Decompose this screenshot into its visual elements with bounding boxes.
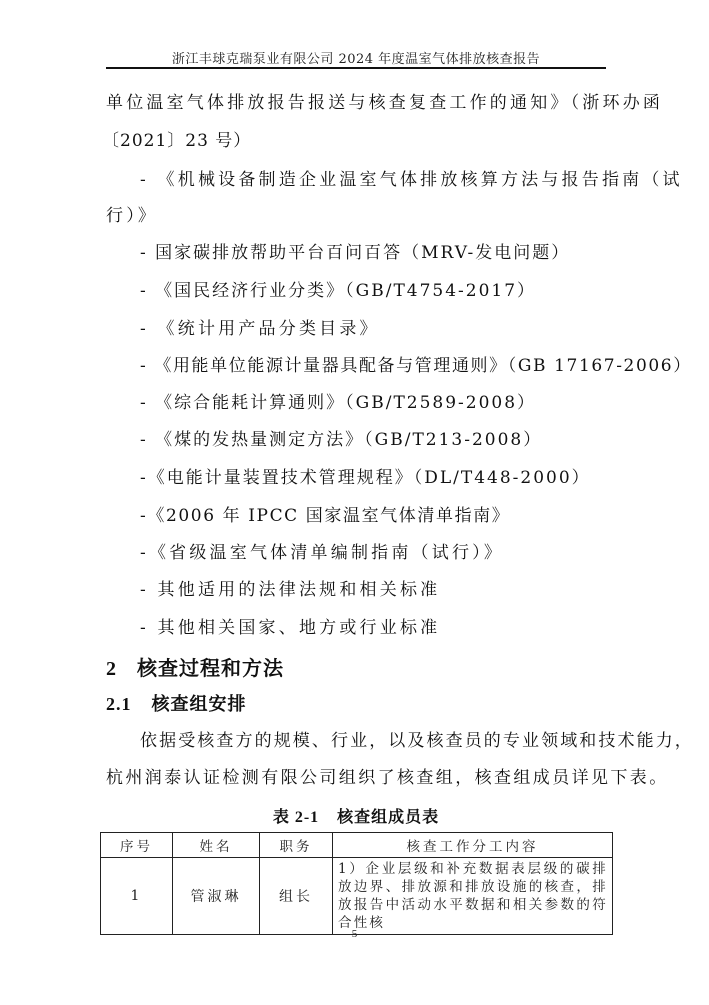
table-caption-number: 表 2-1 [273, 809, 319, 826]
cell-role: 组长 [260, 858, 333, 935]
continuation-line-1: 单位温室气体排放报告报送与核查复查工作的通知》（浙环办函 [106, 92, 663, 114]
column-header-name: 姓名 [173, 833, 260, 858]
table-caption: 表 2-1核查组成员表 [100, 804, 612, 827]
reference-item-12: - 其他相关国家、地方或行业标准 [140, 617, 440, 639]
reference-item-2: - 国家碳排放帮助平台百问百答（MRV-发电问题） [140, 242, 570, 264]
reference-item-11: - 其他适用的法律法规和相关标准 [140, 579, 440, 601]
paragraph-line-2: 杭州润泰认证检测有限公司组织了核查组，核查组成员详见下表。 [106, 767, 669, 789]
reference-item-1-cont: 行）》 [106, 205, 158, 227]
continuation-line-2: 〔2021〕23 号） [102, 130, 251, 152]
cell-name: 管淑琳 [173, 858, 260, 935]
paragraph-line-1: 依据受核查方的规模、行业，以及核查员的专业领域和技术能力， [140, 730, 694, 752]
table-row: 1 管淑琳 组长 1）企业层级和补充数据表层级的碳排放边界、排放源和排放设施的核… [101, 858, 613, 935]
reference-item-9: -《2006 年 IPCC 国家温室气体清单指南》 [140, 505, 510, 527]
reference-item-6: - 《综合能耗计算通则》（GB/T2589-2008） [140, 392, 536, 414]
column-header-role: 职务 [260, 833, 333, 858]
section-heading: 2核查过程和方法 [106, 652, 284, 681]
reference-item-7: - 《煤的发热量测定方法》（GB/T213-2008） [140, 429, 542, 451]
reference-item-3: - 《国民经济行业分类》（GB/T4754-2017） [140, 280, 536, 302]
section-number: 2 [106, 658, 117, 680]
reference-item-8: -《电能计量装置技术管理规程》（DL/T448-2000） [140, 467, 591, 489]
column-header-index: 序号 [101, 833, 173, 858]
section-title: 核查过程和方法 [137, 656, 284, 680]
subsection-heading: 2.1核查组安排 [106, 690, 247, 716]
column-header-duty: 核查工作分工内容 [333, 833, 613, 858]
reference-item-4: - 《统计用产品分类目录》 [140, 318, 380, 340]
subsection-number: 2.1 [106, 694, 132, 714]
reference-item-1: - 《机械设备制造企业温室气体排放核算方法与报告指南（试 [140, 169, 683, 191]
audit-team-table: 序号 姓名 职务 核查工作分工内容 1 管淑琳 组长 1）企业层级和补充数据表层… [100, 832, 613, 935]
page-number: 5 [0, 928, 709, 940]
subsection-title: 核查组安排 [152, 694, 247, 715]
table-caption-title: 核查组成员表 [337, 807, 439, 826]
reference-item-5: - 《用能单位能源计量器具配备与管理通则》（GB 17167-2006） [140, 355, 692, 377]
page-header-title: 浙江丰球克瑞泵业有限公司 2024 年度温室气体排放核查报告 [106, 48, 606, 67]
table-header-row: 序号 姓名 职务 核查工作分工内容 [101, 833, 613, 858]
header-divider [106, 67, 606, 69]
cell-duty: 1）企业层级和补充数据表层级的碳排放边界、排放源和排放设施的核查，排放报告中活动… [333, 858, 613, 935]
reference-item-10: -《省级温室气体清单编制指南（试行）》 [140, 542, 504, 564]
cell-index: 1 [101, 858, 173, 935]
